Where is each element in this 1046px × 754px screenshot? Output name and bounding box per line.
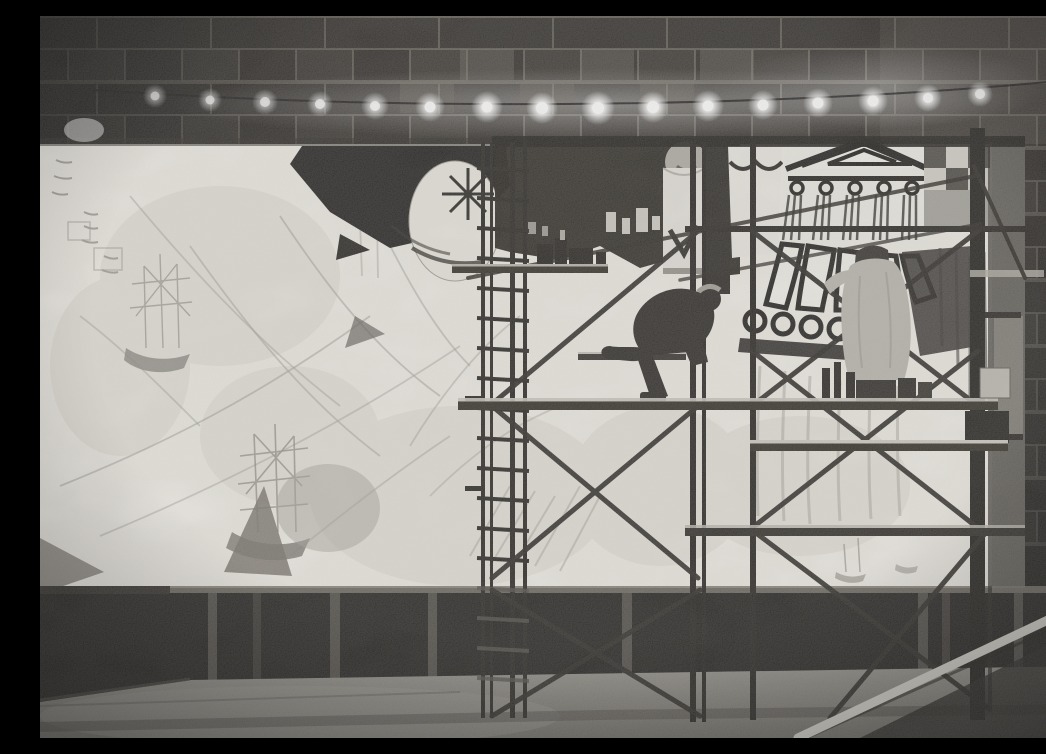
- photograph: Two artists work from metal scaffolding …: [40, 16, 1046, 738]
- photo-canvas: [40, 16, 1046, 738]
- vignette: [40, 16, 1046, 738]
